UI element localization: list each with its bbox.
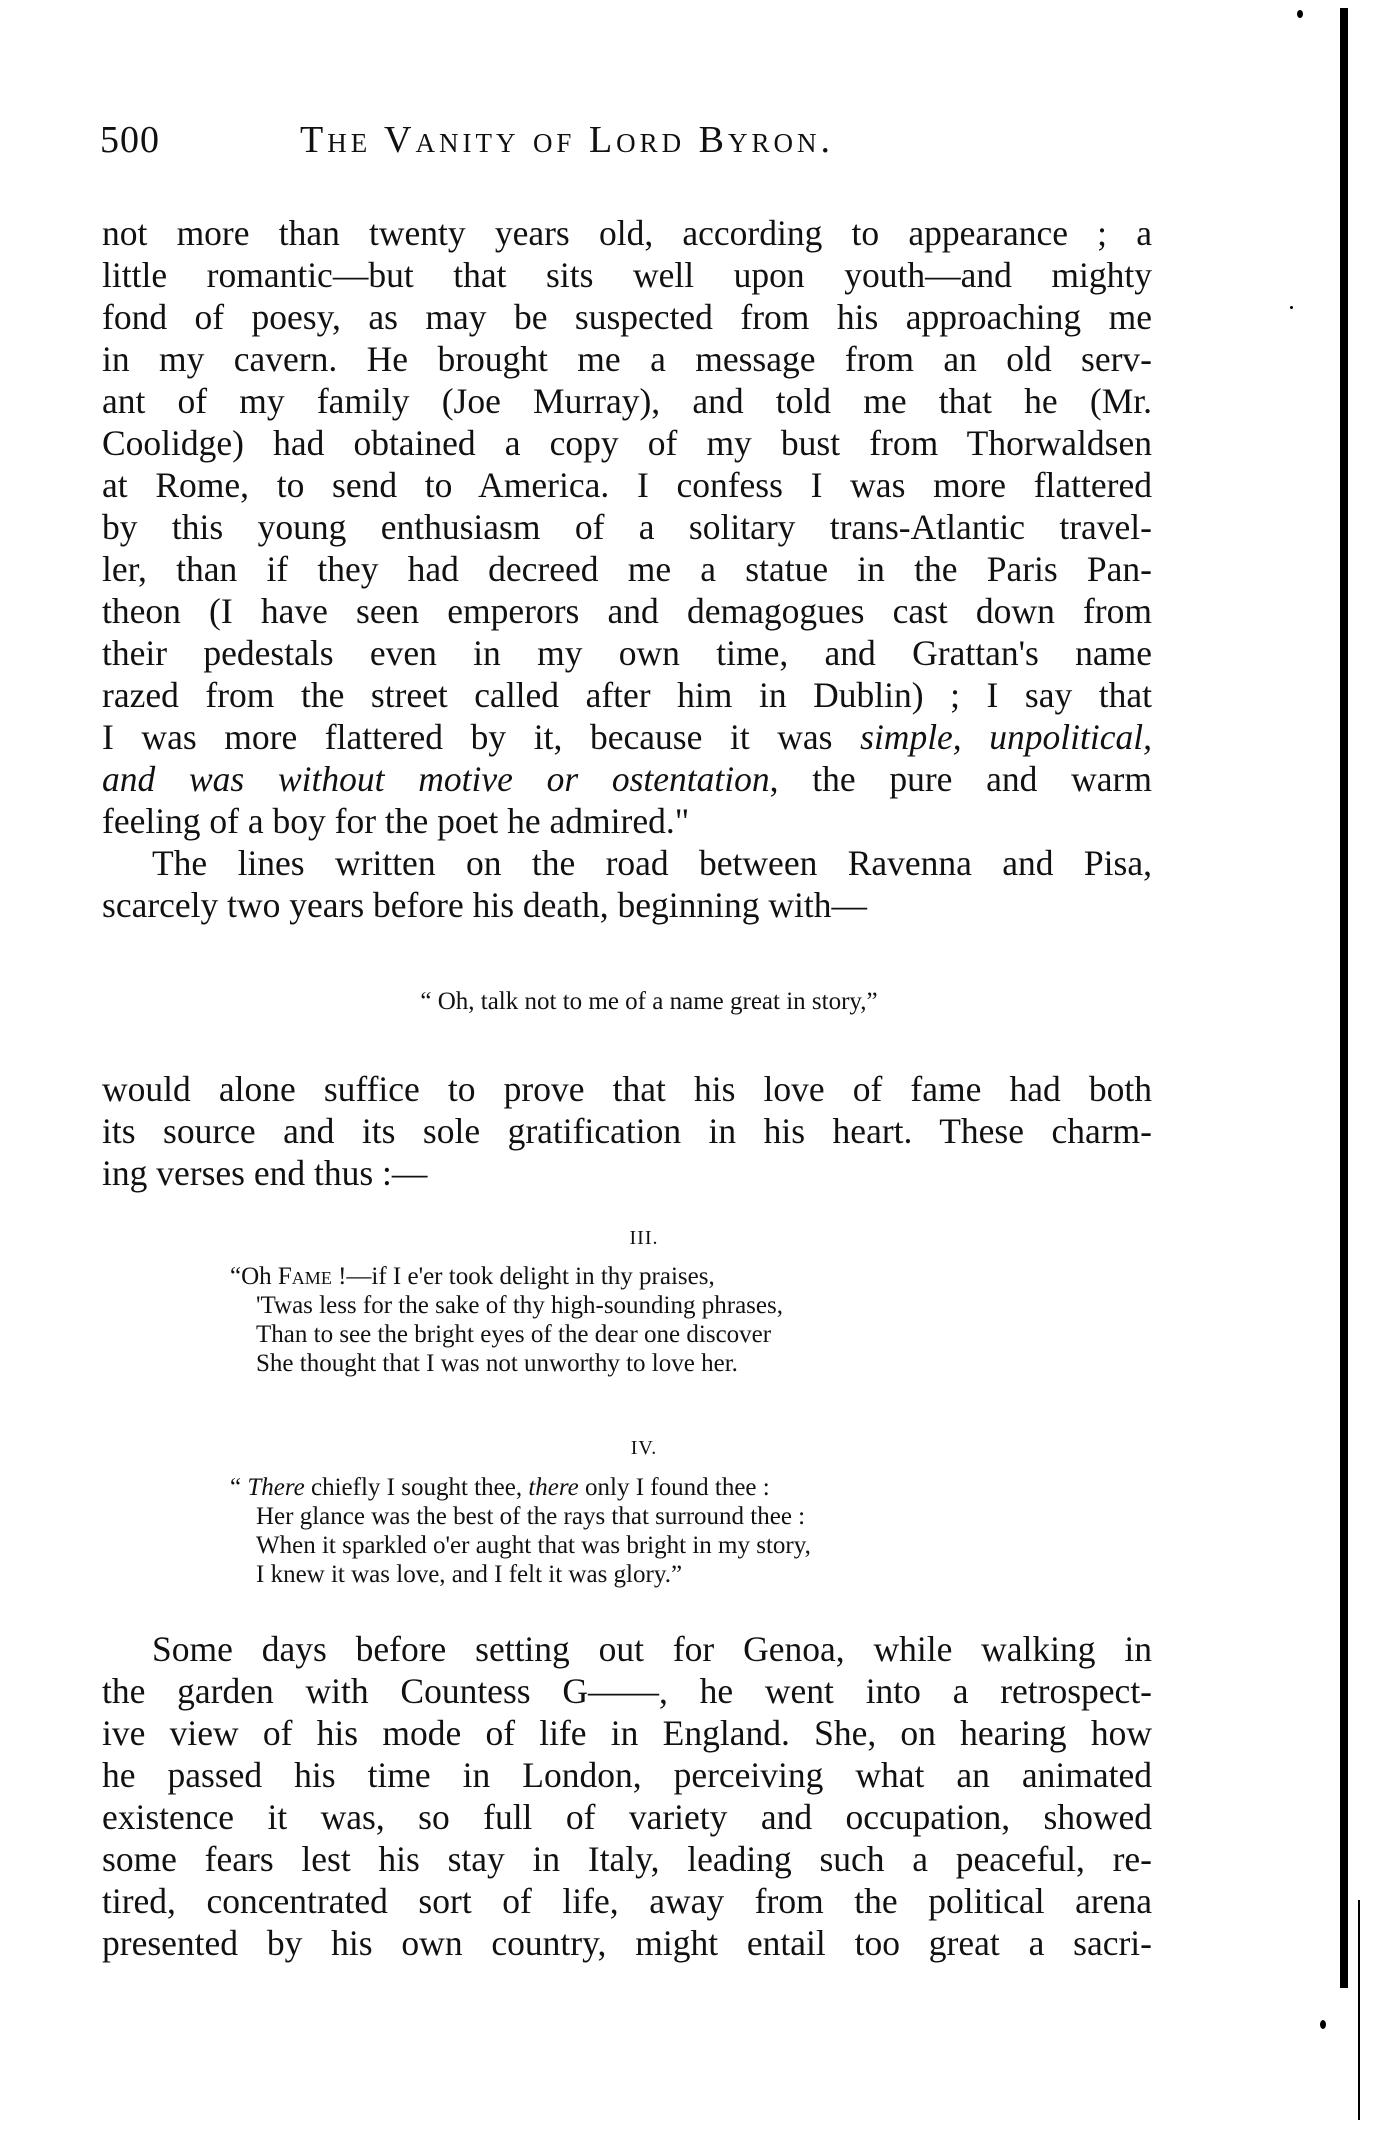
text-line: would alone suffice to prove that his lo… <box>102 1068 1152 1110</box>
verse-line: When it sparkled o'er aught that was bri… <box>230 1531 811 1560</box>
text-line: The lines written on the road between Ra… <box>102 842 1152 884</box>
scan-speck <box>1297 10 1303 18</box>
stanza-4: “ There chiefly I sought thee, there onl… <box>230 1473 811 1589</box>
italic-emphasis: there <box>528 1474 578 1501</box>
page-number: 500 <box>100 118 160 162</box>
text-line: the garden with Countess G——, he went in… <box>102 1670 1152 1712</box>
verse-line: I knew it was love, and I felt it was gl… <box>230 1560 811 1589</box>
text-line: and was without motive or ostentation, t… <box>102 758 1152 800</box>
text-line: some fears lest his stay in Italy, leadi… <box>102 1838 1152 1880</box>
stanza-number-4: IV. <box>0 1437 1333 1460</box>
scan-speck <box>1320 2020 1326 2029</box>
stanza-3: “Oh Fame !—if I e'er took delight in thy… <box>230 1262 783 1378</box>
verse-line: Her glance was the best of the rays that… <box>230 1502 811 1531</box>
text-run: chiefly I sought thee, <box>305 1474 529 1501</box>
small-caps-word: Fame <box>278 1263 332 1290</box>
scanned-book-page: 500 The Vanity of Lord Byron. not more t… <box>0 0 1378 2135</box>
text-line: ler, than if they had decreed me a statu… <box>102 548 1152 590</box>
paragraph-4: Some days before setting out for Genoa, … <box>102 1628 1152 1964</box>
italic-emphasis: There <box>247 1474 304 1501</box>
text-line: scarcely two years before his death, beg… <box>102 884 1152 926</box>
text-line: theon (I have seen emperors and demagogu… <box>102 590 1152 632</box>
scan-binding-edge <box>1340 8 1348 1988</box>
running-head: 500 The Vanity of Lord Byron. <box>100 118 1180 168</box>
text-line: Coolidge) had obtained a copy of my bust… <box>102 422 1152 464</box>
paragraph-3: would alone suffice to prove that his lo… <box>102 1068 1152 1194</box>
text-line: in my cavern. He brought me a message fr… <box>102 338 1152 380</box>
text-line: tired, concentrated sort of life, away f… <box>102 1880 1152 1922</box>
text-line: ive view of his mode of life in England.… <box>102 1712 1152 1754</box>
text-line: fond of poesy, as may be suspected from … <box>102 296 1152 338</box>
text-line: I was more flattered by it, because it w… <box>102 716 1152 758</box>
running-title: The Vanity of Lord Byron. <box>300 118 834 162</box>
text-line: their pedestals even in my own time, and… <box>102 632 1152 674</box>
text-line: ant of my family (Joe Murray), and told … <box>102 380 1152 422</box>
text-line: ing verses end thus :— <box>102 1152 1152 1194</box>
text-line: Some days before setting out for Genoa, … <box>102 1628 1152 1670</box>
text-line: razed from the street called after him i… <box>102 674 1152 716</box>
text-line: by this young enthusiasm of a solitary t… <box>102 506 1152 548</box>
text-line: not more than twenty years old, accordin… <box>102 212 1152 254</box>
verse-line: 'Twas less for the sake of thy high-soun… <box>230 1291 783 1320</box>
scan-binding-edge-thin <box>1358 1900 1360 2120</box>
text-run: , the pure and warm <box>770 759 1152 799</box>
verse-line: She thought that I was not unworthy to l… <box>230 1349 783 1378</box>
text-line: at Rome, to send to America. I confess I… <box>102 464 1152 506</box>
scan-speck <box>1290 306 1293 309</box>
verse-line: “ There chiefly I sought thee, there onl… <box>230 1473 811 1502</box>
quoted-verse-line: “ Oh, talk not to me of a name great in … <box>0 988 1338 1016</box>
text-line: little romantic—but that sits well upon … <box>102 254 1152 296</box>
verse-line: “Oh Fame !—if I e'er took delight in thy… <box>230 1262 783 1291</box>
text-run: “ <box>230 1474 247 1501</box>
text-line: presented by his own country, might enta… <box>102 1922 1152 1964</box>
italic-emphasis: simple, unpolitical, <box>860 717 1152 757</box>
text-run: !—if I e'er took delight in thy praises, <box>332 1263 715 1290</box>
text-line: existence it was, so full of variety and… <box>102 1796 1152 1838</box>
text-run: “Oh <box>230 1263 278 1290</box>
paragraph-1: not more than twenty years old, accordin… <box>102 212 1152 842</box>
text-line: its source and its sole gratification in… <box>102 1110 1152 1152</box>
paragraph-2: The lines written on the road between Ra… <box>102 842 1152 926</box>
italic-emphasis: and was without motive or ostentation <box>102 759 770 799</box>
verse-line: Than to see the bright eyes of the dear … <box>230 1320 783 1349</box>
text-run: only I found thee : <box>579 1474 770 1501</box>
text-run: I was more flattered by it, because it w… <box>102 717 860 757</box>
text-line: he passed his time in London, perceiving… <box>102 1754 1152 1796</box>
stanza-number-3: III. <box>0 1227 1333 1250</box>
text-line: feeling of a boy for the poet he admired… <box>102 800 1152 842</box>
